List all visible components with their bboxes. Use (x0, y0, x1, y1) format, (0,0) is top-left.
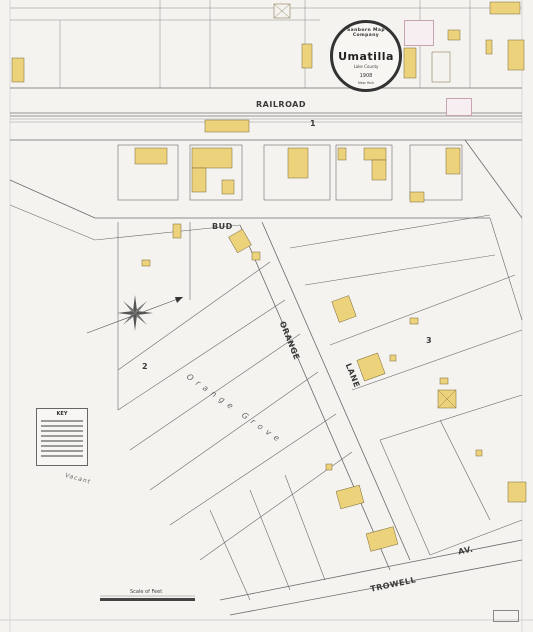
accession-stamp (404, 20, 434, 46)
publisher-city: New York (333, 81, 399, 85)
key-line (41, 435, 83, 437)
scale-title: Scale of Feet (130, 589, 162, 595)
block-number-1: 1 (310, 119, 316, 128)
county-label: Lake County (333, 64, 399, 69)
street-label-railroad: RAILROAD (256, 100, 306, 109)
street-label-bud: BUD (212, 222, 233, 231)
map-key-legend: KEY (36, 408, 88, 466)
city-title: Umatilla (333, 50, 399, 63)
key-line (41, 420, 83, 422)
sheet-number-box (493, 610, 519, 622)
block-number-2: 2 (142, 362, 148, 371)
key-title: KEY (37, 411, 87, 417)
key-line (41, 440, 83, 442)
sanborn-map-sheet: Sanborn Map Company Umatilla Lake County… (0, 0, 533, 632)
publisher-name: Sanborn Map Company (333, 28, 399, 38)
key-line (41, 445, 83, 447)
compass-rose-icon (87, 295, 183, 333)
map-year: 1908 (333, 73, 399, 79)
block-number-3: 3 (426, 336, 432, 345)
sanborn-title-stamp: Sanborn Map Company Umatilla Lake County… (330, 20, 402, 92)
key-line (41, 430, 83, 432)
key-line (41, 450, 83, 452)
map-drawing (0, 0, 533, 632)
accession-stamp-small (446, 98, 472, 116)
key-line (41, 425, 83, 427)
key-line (41, 455, 83, 457)
